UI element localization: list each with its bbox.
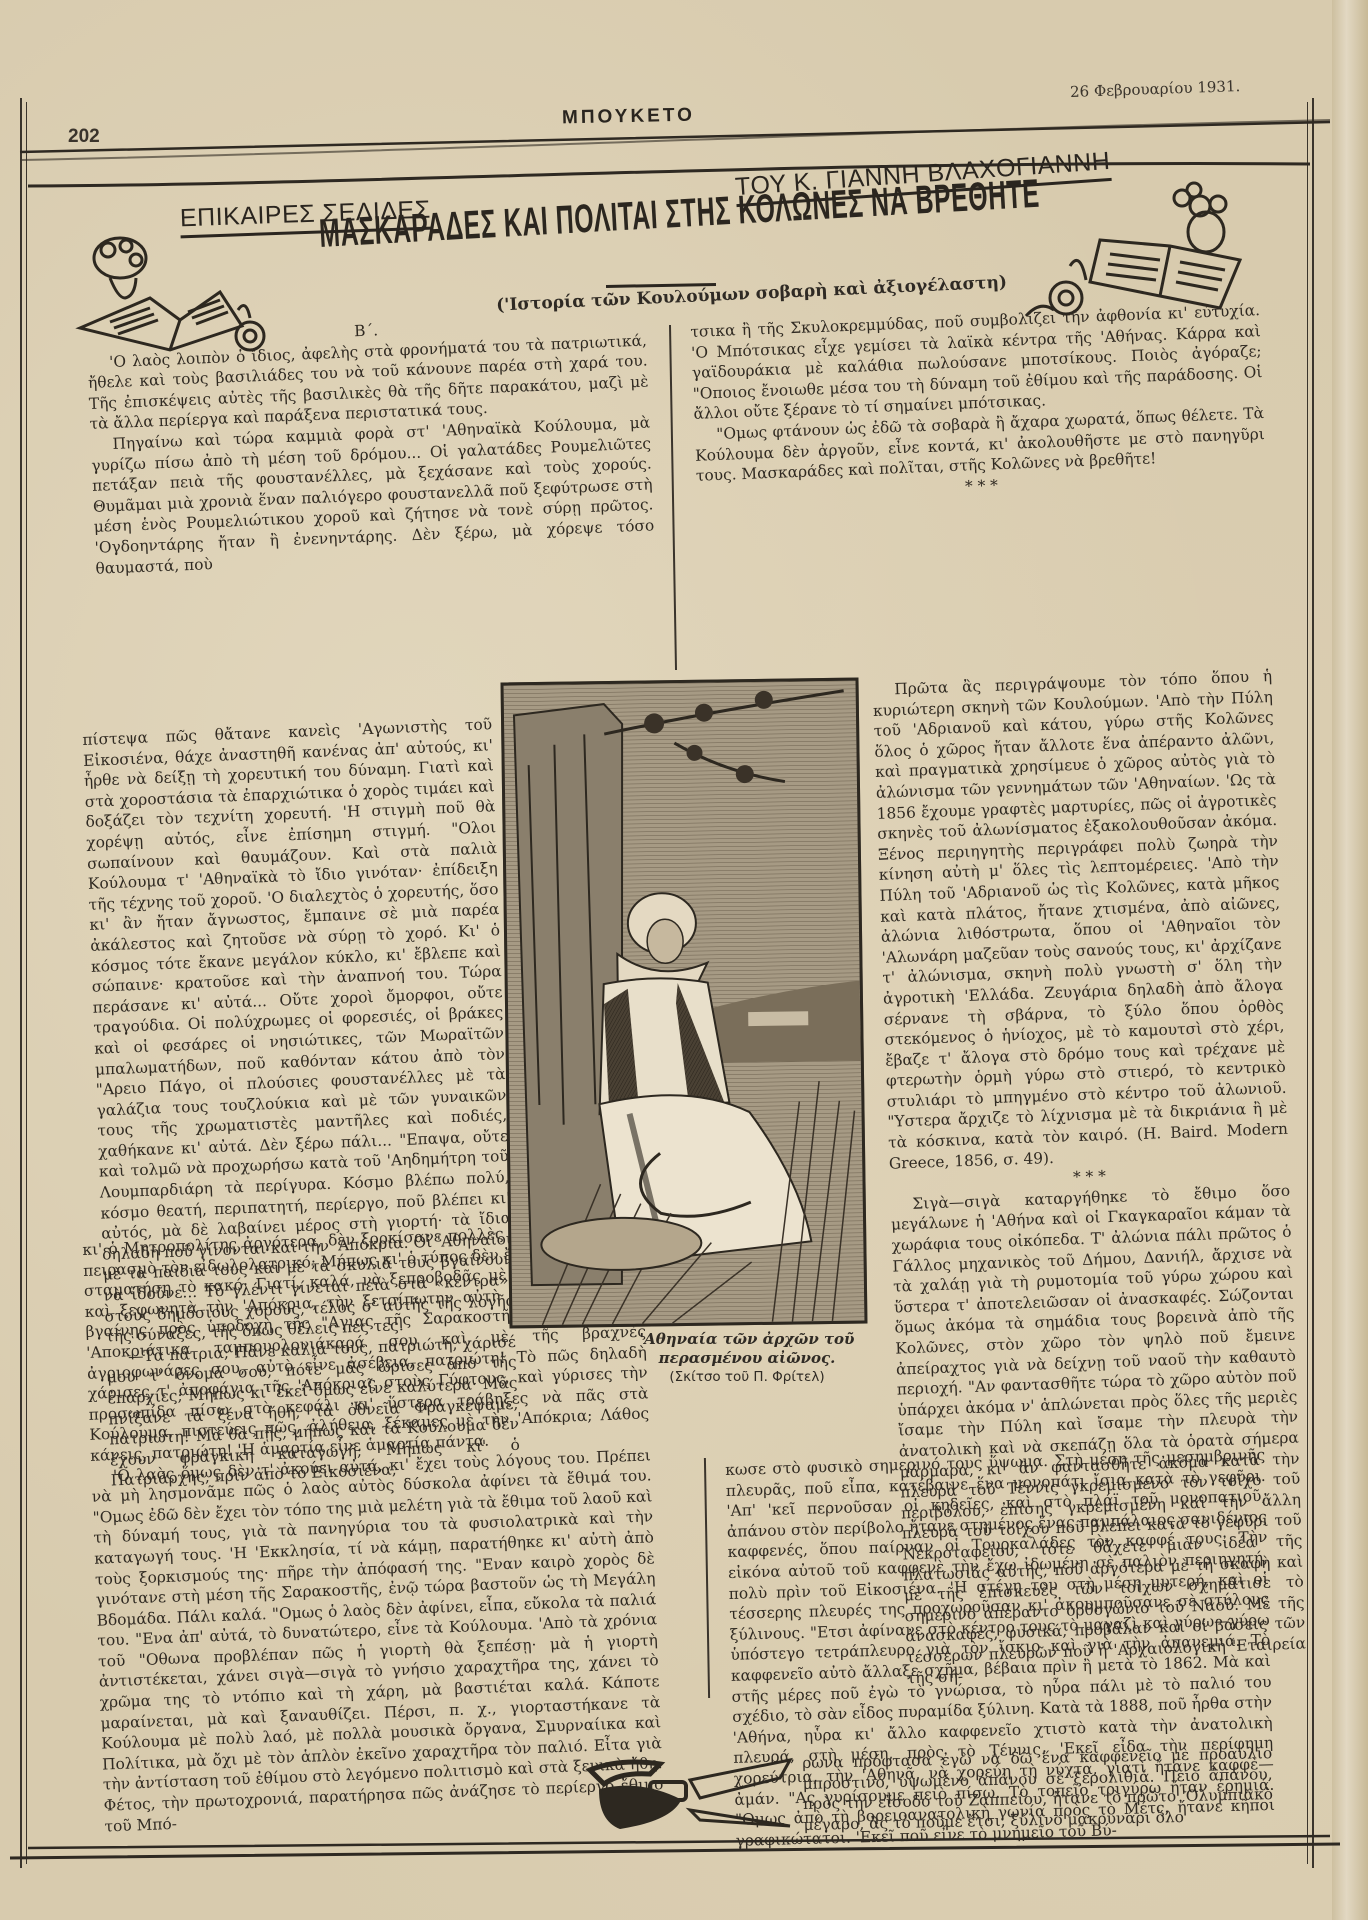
caption-title: 'Αθηναία τῶν ἀρχῶν τοῦ περασμένου αἰῶνος… [612,1330,882,1368]
article-column-right-end: ρωνα πρόφτασα ἐγὼ νὰ δῶ ἕνα καφφενεῖο μὲ… [802,1743,1274,1835]
paragraph: Πρῶτα ἂς περιγράψουμε τὸν τόπο ὅπου ἡ κυ… [872,666,1289,1174]
page-edge [1332,0,1368,1920]
article-column-right-top: τσικα ἢ τῆς Σκυλοκρεμμύδας, ποῦ συμβολίζ… [690,300,1267,507]
paragraph: Πηγαίνω καὶ τώρα καμμιὰ φορὰ στ' 'Αθηναϊ… [90,412,655,579]
paragraph: 'Ο λαὸς ὅμως δὲν τ' ἀκούει αὐτά, κι' ἔχε… [91,1445,665,1837]
magazine-masthead: ΜΠΟΥΚΕΤΟ [562,105,695,130]
quill-inkwell-ornament-icon [580,1750,800,1840]
paragraph: ρωνα πρόφτασα ἐγὼ νὰ δῶ ἕνα καφφενεῖο μὲ… [802,1743,1274,1835]
article-column-left-top: Β΄. 'Ο λαὸς λοιπὸν ὁ ἴδιος, ἀφελὴς στὰ φ… [86,310,655,579]
footer-rules [0,1830,1368,1880]
page-number: 202 [68,126,100,148]
caption-credit: (Σκίτσο τοῦ Π. Φρίτελ) [612,1368,882,1387]
book-vase-ornament-icon [1010,170,1260,320]
engraving-illustration [501,678,868,1329]
figure-caption: 'Αθηναία τῶν ἀρχῶν τοῦ περασμένου αἰῶνος… [612,1330,882,1387]
woman-with-sickle-illustration [504,681,865,1326]
